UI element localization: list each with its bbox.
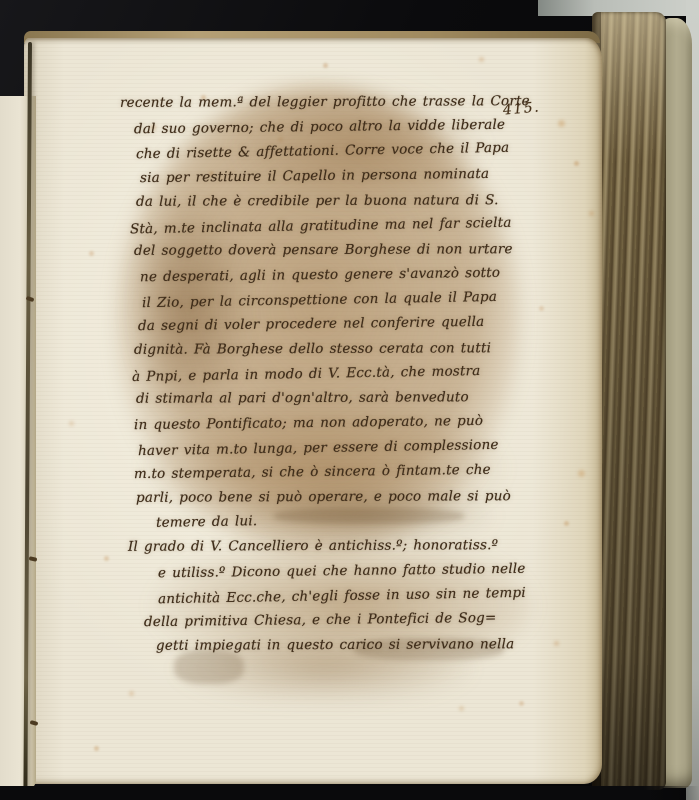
book-fore-edge-pages — [592, 12, 666, 790]
manuscript-line: del soggetto doverà pensare Borghese di … — [134, 241, 513, 259]
manuscript-line: recente la mem.ª del leggier profitto ch… — [120, 93, 530, 111]
bleed-through-ghost — [174, 650, 244, 684]
manuscript-line: dignità. Fà Borghese dello stesso cerata… — [134, 340, 491, 358]
manuscript-scan: 415. recente la mem.ª del leggier profit… — [0, 0, 699, 800]
manuscript-line: da lui, il che è credibile per la buona … — [136, 192, 499, 210]
manuscript-line: getti impiegati in questo carico si serv… — [156, 636, 514, 654]
manuscript-line: Il grado di V. Cancelliero è antichiss.º… — [128, 537, 498, 555]
manuscript-line: temere da lui. — [156, 513, 258, 531]
scan-bottom-shadow — [0, 786, 699, 800]
manuscript-line: di stimarla al pari d'ogn'altro, sarà be… — [136, 389, 469, 407]
bleed-through-ghost — [274, 508, 464, 524]
manuscript-line: parli, poco bene si può operare, e poco … — [136, 488, 511, 506]
manuscript-page: 415. recente la mem.ª del leggier profit… — [24, 38, 602, 784]
foxing-spots — [24, 38, 27, 41]
